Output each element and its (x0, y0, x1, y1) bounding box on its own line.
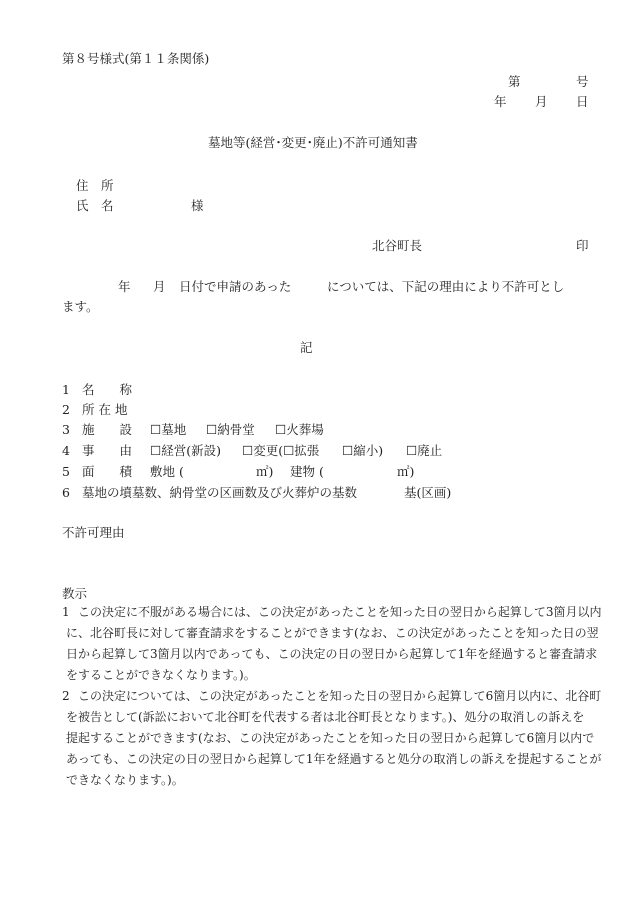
checkbox-ossuary[interactable]: ☐納骨堂 (206, 424, 255, 437)
honorific: 様 (191, 200, 204, 213)
item-3-label: 施 設 (82, 424, 132, 437)
instruction-2-num: 2 (62, 690, 70, 702)
item-5-num: 5 (62, 466, 70, 479)
form-label: 第８号様式(第１１条関係) (62, 53, 209, 66)
body-line1-end: については、下記の理由により不許可とし (327, 281, 564, 294)
ki-heading: 記 (300, 342, 313, 355)
address-label: 住 所 (76, 180, 114, 193)
building-area-unit: ㎡) (397, 466, 414, 479)
item-6-label: 墓地の墳墓数、納骨堂の区画数及び火葬炉の基数 (82, 487, 357, 500)
item-4-label: 事 由 (82, 445, 132, 458)
instruction-2-line: 提起することができます(なお、この決定があったことを知った日の翌日から起算して6… (66, 732, 594, 744)
item-3-num: 3 (62, 424, 70, 437)
number-suffix: 号 (576, 76, 589, 89)
item-6-unit: 基(区画) (404, 487, 451, 500)
checkbox-crematorium[interactable]: ☐火葬場 (275, 424, 324, 437)
instruction-heading: 教示 (62, 588, 87, 601)
instruction-1-line: に、北谷町長に対して審査請求をすることができます(なお、この決定があったことを知… (66, 627, 599, 639)
instruction-1-line: 日から起算して3箇月以内であっても、この決定の日の翌日から起算して1年を経過する… (66, 648, 597, 660)
checkbox-change-expand[interactable]: ☐変更(☐拡張 (242, 445, 319, 458)
date-month: 月 (535, 96, 548, 109)
seal-mark: 印 (576, 240, 589, 253)
name-label: 氏 名 (76, 200, 114, 213)
reason-label: 不許可理由 (62, 527, 125, 540)
body-year: 年 (118, 281, 131, 294)
item-2-label: 所 在 地 (82, 404, 127, 417)
instruction-2-line: できなくなります。)。 (66, 774, 184, 786)
item-5-label: 面 積 (82, 466, 132, 479)
instruction-1-num: 1 (62, 606, 70, 618)
date-year: 年 (494, 96, 507, 109)
item-1-num: 1 (62, 384, 70, 397)
checkbox-reduce[interactable]: ☐縮小) (342, 445, 383, 458)
number-prefix: 第 (508, 76, 521, 89)
instruction-2-line: あっても、この決定の日の翌日から起算して1年を経過すると処分の取消しの訴えを提起… (66, 753, 602, 765)
checkbox-cemetery[interactable]: ☐墓地 (150, 424, 186, 437)
body-line1-mid: 日付で申請のあった (179, 281, 291, 294)
issuer-name: 北谷町長 (372, 240, 422, 253)
item-4-num: 4 (62, 445, 70, 458)
document-title: 墓地等(経営･変更･廃止)不許可通知書 (208, 137, 418, 150)
item-1-label: 名 称 (82, 384, 132, 397)
instruction-1-line: をすることができなくなります。)。 (66, 669, 256, 681)
building-area-label: 建物 ( (290, 466, 324, 479)
body-month: 月 (153, 281, 166, 294)
instruction-2-line: この決定については、この決定があったことを知った日の翌日から起算して6箇月以内に… (78, 690, 601, 702)
instruction-2-line: を被告として(訴訟において北谷町を代表する者は北谷町長となります。)、処分の取消… (66, 711, 584, 723)
checkbox-management-new[interactable]: ☐経営(新設) (150, 445, 221, 458)
date-day: 日 (576, 96, 589, 109)
site-area-label: 敷地 ( (150, 466, 184, 479)
checkbox-abolish[interactable]: ☐廃止 (406, 445, 442, 458)
instruction-1-line: この決定に不服がある場合には、この決定があったことを知った日の翌日から起算して3… (78, 606, 602, 618)
site-area-unit: ㎡) (256, 466, 273, 479)
item-2-num: 2 (62, 404, 70, 417)
item-6-num: 6 (62, 487, 70, 500)
body-line2: ます。 (62, 301, 99, 314)
